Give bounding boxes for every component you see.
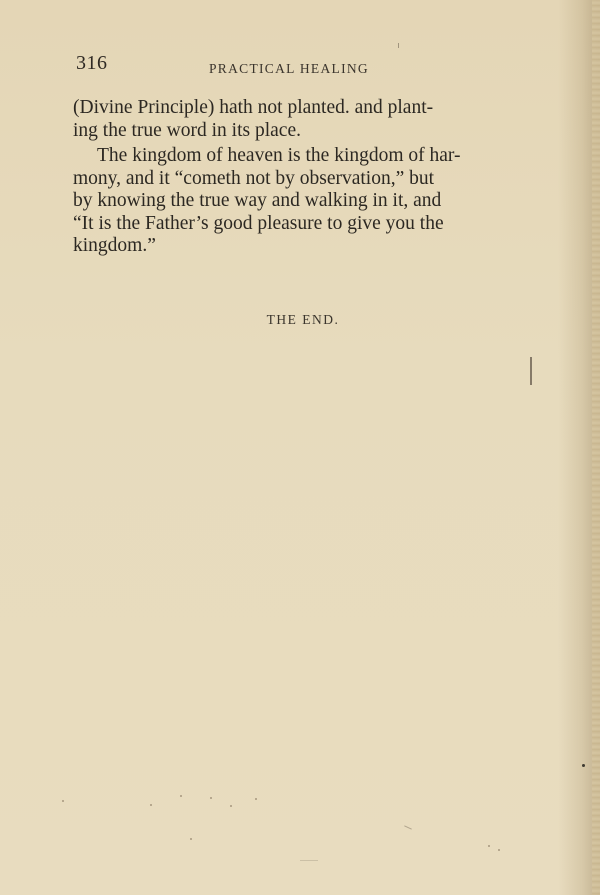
paragraph-continued: (Divine Principle) hath not planted. and… (73, 97, 527, 142)
running-head: 316 PRACTICAL HEALING (76, 52, 526, 82)
scan-mark (404, 825, 412, 829)
scan-mark (530, 357, 532, 385)
text-line: kingdom.” (73, 235, 156, 256)
page-edge (592, 0, 600, 895)
scan-mark (300, 860, 318, 861)
scan-mark (398, 43, 399, 48)
scan-speck (582, 764, 585, 767)
scan-speck (210, 797, 212, 799)
scan-speck (498, 849, 500, 851)
scan-speck (190, 838, 192, 840)
scan-speck (230, 805, 232, 807)
text-line: ing the true word in its place. (73, 120, 301, 141)
scan-speck (180, 795, 182, 797)
text-line: “It is the Father’s good pleasure to giv… (73, 213, 444, 234)
the-end-label: THE END. (0, 312, 600, 328)
scan-speck (255, 798, 257, 800)
body-text: (Divine Principle) hath not planted. and… (73, 97, 527, 258)
page-number: 316 (76, 52, 108, 75)
running-title: PRACTICAL HEALING (209, 61, 369, 77)
scan-speck (62, 800, 64, 802)
scan-speck (488, 845, 490, 847)
paragraph-kingdom: The kingdom of heaven is the kingdom of … (73, 145, 527, 258)
book-page: 316 PRACTICAL HEALING (Divine Principle)… (0, 0, 600, 895)
scan-speck (150, 804, 152, 806)
text-line: The kingdom of heaven is the kingdom of … (97, 145, 461, 166)
text-line: mony, and it “cometh not by observation,… (73, 168, 434, 189)
text-line: by knowing the true way and walking in i… (73, 190, 441, 211)
text-line: (Divine Principle) hath not planted. and… (73, 97, 433, 118)
